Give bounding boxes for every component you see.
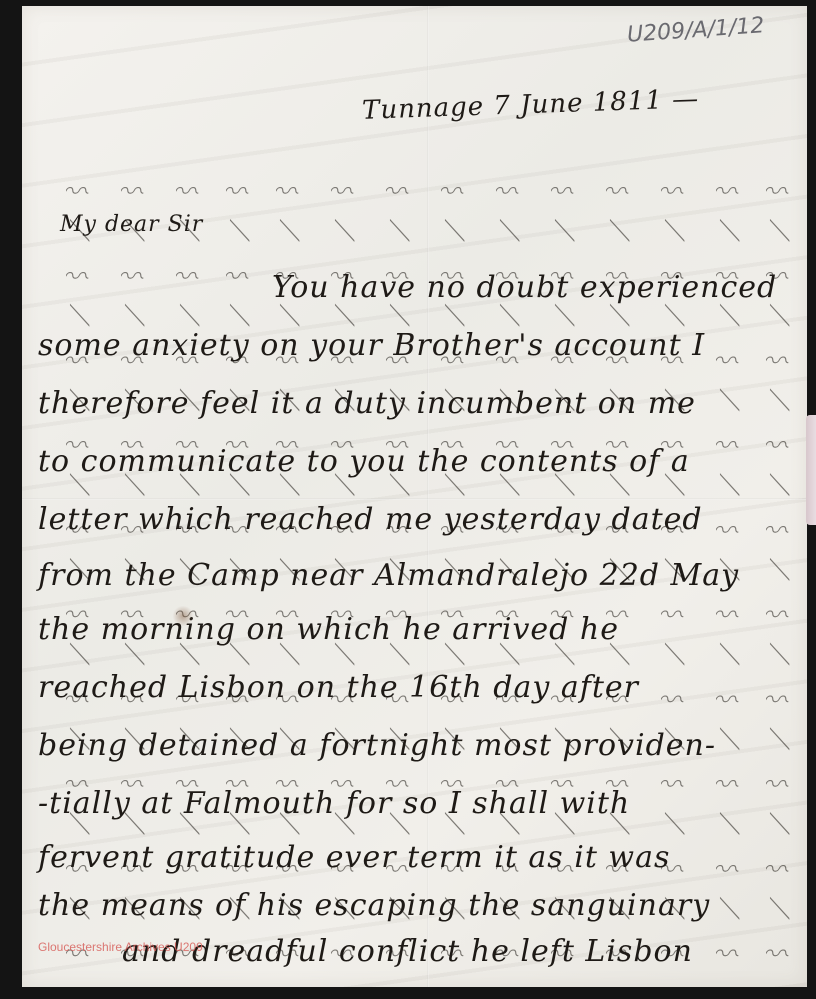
letter-line: from the Camp near Almandralejo 22d May bbox=[38, 558, 739, 593]
cross-line: 〰 ⟋ 〰 ⟋ 〰 ⟋ 〰 ⟋ 〰 ⟋ 〰 ⟋ 〰 ⟋ 〰 ⟋ 〰 ⟋ 〰 bbox=[382, 6, 419, 966]
letter-page: 〰 ⟋ 〰 ⟋ 〰 ⟋ 〰 ⟋ 〰 ⟋ 〰 ⟋ 〰 ⟋ 〰 ⟋ 〰 ⟋ 〰 〰 … bbox=[22, 6, 807, 987]
cross-line: 〰 ⟋ 〰 ⟋ 〰 ⟋ 〰 ⟋ 〰 ⟋ 〰 ⟋ 〰 ⟋ 〰 ⟋ 〰 ⟋ 〰 bbox=[657, 6, 694, 966]
cross-line: 〰 ⟋ 〰 ⟋ 〰 ⟋ 〰 ⟋ 〰 ⟋ 〰 ⟋ 〰 ⟋ 〰 ⟋ 〰 ⟋ 〰 bbox=[62, 6, 99, 966]
letter-line: therefore feel it a duty incumbent on me bbox=[38, 386, 696, 421]
cross-line: 〰 ⟋ 〰 ⟋ 〰 ⟋ 〰 ⟋ 〰 ⟋ 〰 ⟋ 〰 ⟋ 〰 ⟋ 〰 ⟋ 〰 bbox=[437, 6, 474, 966]
cross-line: 〰 ⟋ 〰 ⟋ 〰 ⟋ 〰 ⟋ 〰 ⟋ 〰 ⟋ 〰 ⟋ 〰 ⟋ 〰 ⟋ 〰 bbox=[117, 6, 154, 966]
cross-line: 〰 ⟋ 〰 ⟋ 〰 ⟋ 〰 ⟋ 〰 ⟋ 〰 ⟋ 〰 ⟋ 〰 ⟋ 〰 ⟋ 〰 bbox=[547, 6, 584, 966]
letter-salutation: My dear Sir bbox=[60, 212, 203, 237]
cross-line: 〰 ⟋ 〰 ⟋ 〰 ⟋ 〰 ⟋ 〰 ⟋ 〰 ⟋ 〰 ⟋ 〰 ⟋ 〰 ⟋ 〰 bbox=[327, 6, 364, 966]
cross-line: 〰 ⟋ 〰 ⟋ 〰 ⟋ 〰 ⟋ 〰 ⟋ 〰 ⟋ 〰 ⟋ 〰 ⟋ 〰 ⟋ 〰 bbox=[272, 6, 309, 966]
cross-line: 〰 ⟋ 〰 ⟋ 〰 ⟋ 〰 ⟋ 〰 ⟋ 〰 ⟋ 〰 ⟋ 〰 ⟋ 〰 ⟋ 〰 bbox=[602, 6, 639, 966]
cross-line: 〰 ⟋ 〰 ⟋ 〰 ⟋ 〰 ⟋ 〰 ⟋ 〰 ⟋ 〰 ⟋ 〰 ⟋ 〰 ⟋ 〰 bbox=[712, 6, 749, 966]
cross-line: 〰 ⟋ 〰 ⟋ 〰 ⟋ 〰 ⟋ 〰 ⟋ 〰 ⟋ 〰 ⟋ 〰 ⟋ 〰 ⟋ 〰 bbox=[172, 6, 209, 966]
letter-line: the means of his escaping the sanguinary bbox=[38, 888, 710, 923]
letter-line: and dreadful conflict he left Lisbon bbox=[122, 934, 693, 969]
ink-stain bbox=[172, 606, 194, 626]
letter-line: fervent gratitude ever term it as it was bbox=[38, 840, 670, 875]
letter-line: letter which reached me yesterday dated bbox=[38, 502, 703, 537]
cross-line: 〰 ⟋ 〰 ⟋ 〰 ⟋ 〰 ⟋ 〰 ⟋ 〰 ⟋ 〰 ⟋ 〰 ⟋ 〰 ⟋ 〰 bbox=[492, 6, 529, 966]
cross-line: 〰 ⟋ 〰 ⟋ 〰 ⟋ 〰 ⟋ 〰 ⟋ 〰 ⟋ 〰 ⟋ 〰 ⟋ 〰 ⟋ 〰 bbox=[222, 6, 259, 966]
letter-line: reached Lisbon on the 16th day after bbox=[38, 670, 639, 705]
cross-line: 〰 ⟋ 〰 ⟋ 〰 ⟋ 〰 ⟋ 〰 ⟋ 〰 ⟋ 〰 ⟋ 〰 ⟋ 〰 ⟋ 〰 bbox=[762, 6, 799, 966]
letter-line: to communicate to you the contents of a bbox=[38, 444, 690, 479]
wax-seal-remnant bbox=[806, 415, 816, 525]
letter-line: being detained a fortnight most providen… bbox=[38, 728, 716, 763]
archive-watermark: Gloucestershire Archives U209 bbox=[38, 940, 203, 954]
letter-line: You have no doubt experienced bbox=[272, 270, 777, 305]
letter-line: the morning on which he arrived he bbox=[38, 612, 619, 647]
letter-line: -tially at Falmouth for so I shall with bbox=[38, 786, 630, 821]
letter-line: some anxiety on your Brother's account I bbox=[38, 328, 705, 363]
